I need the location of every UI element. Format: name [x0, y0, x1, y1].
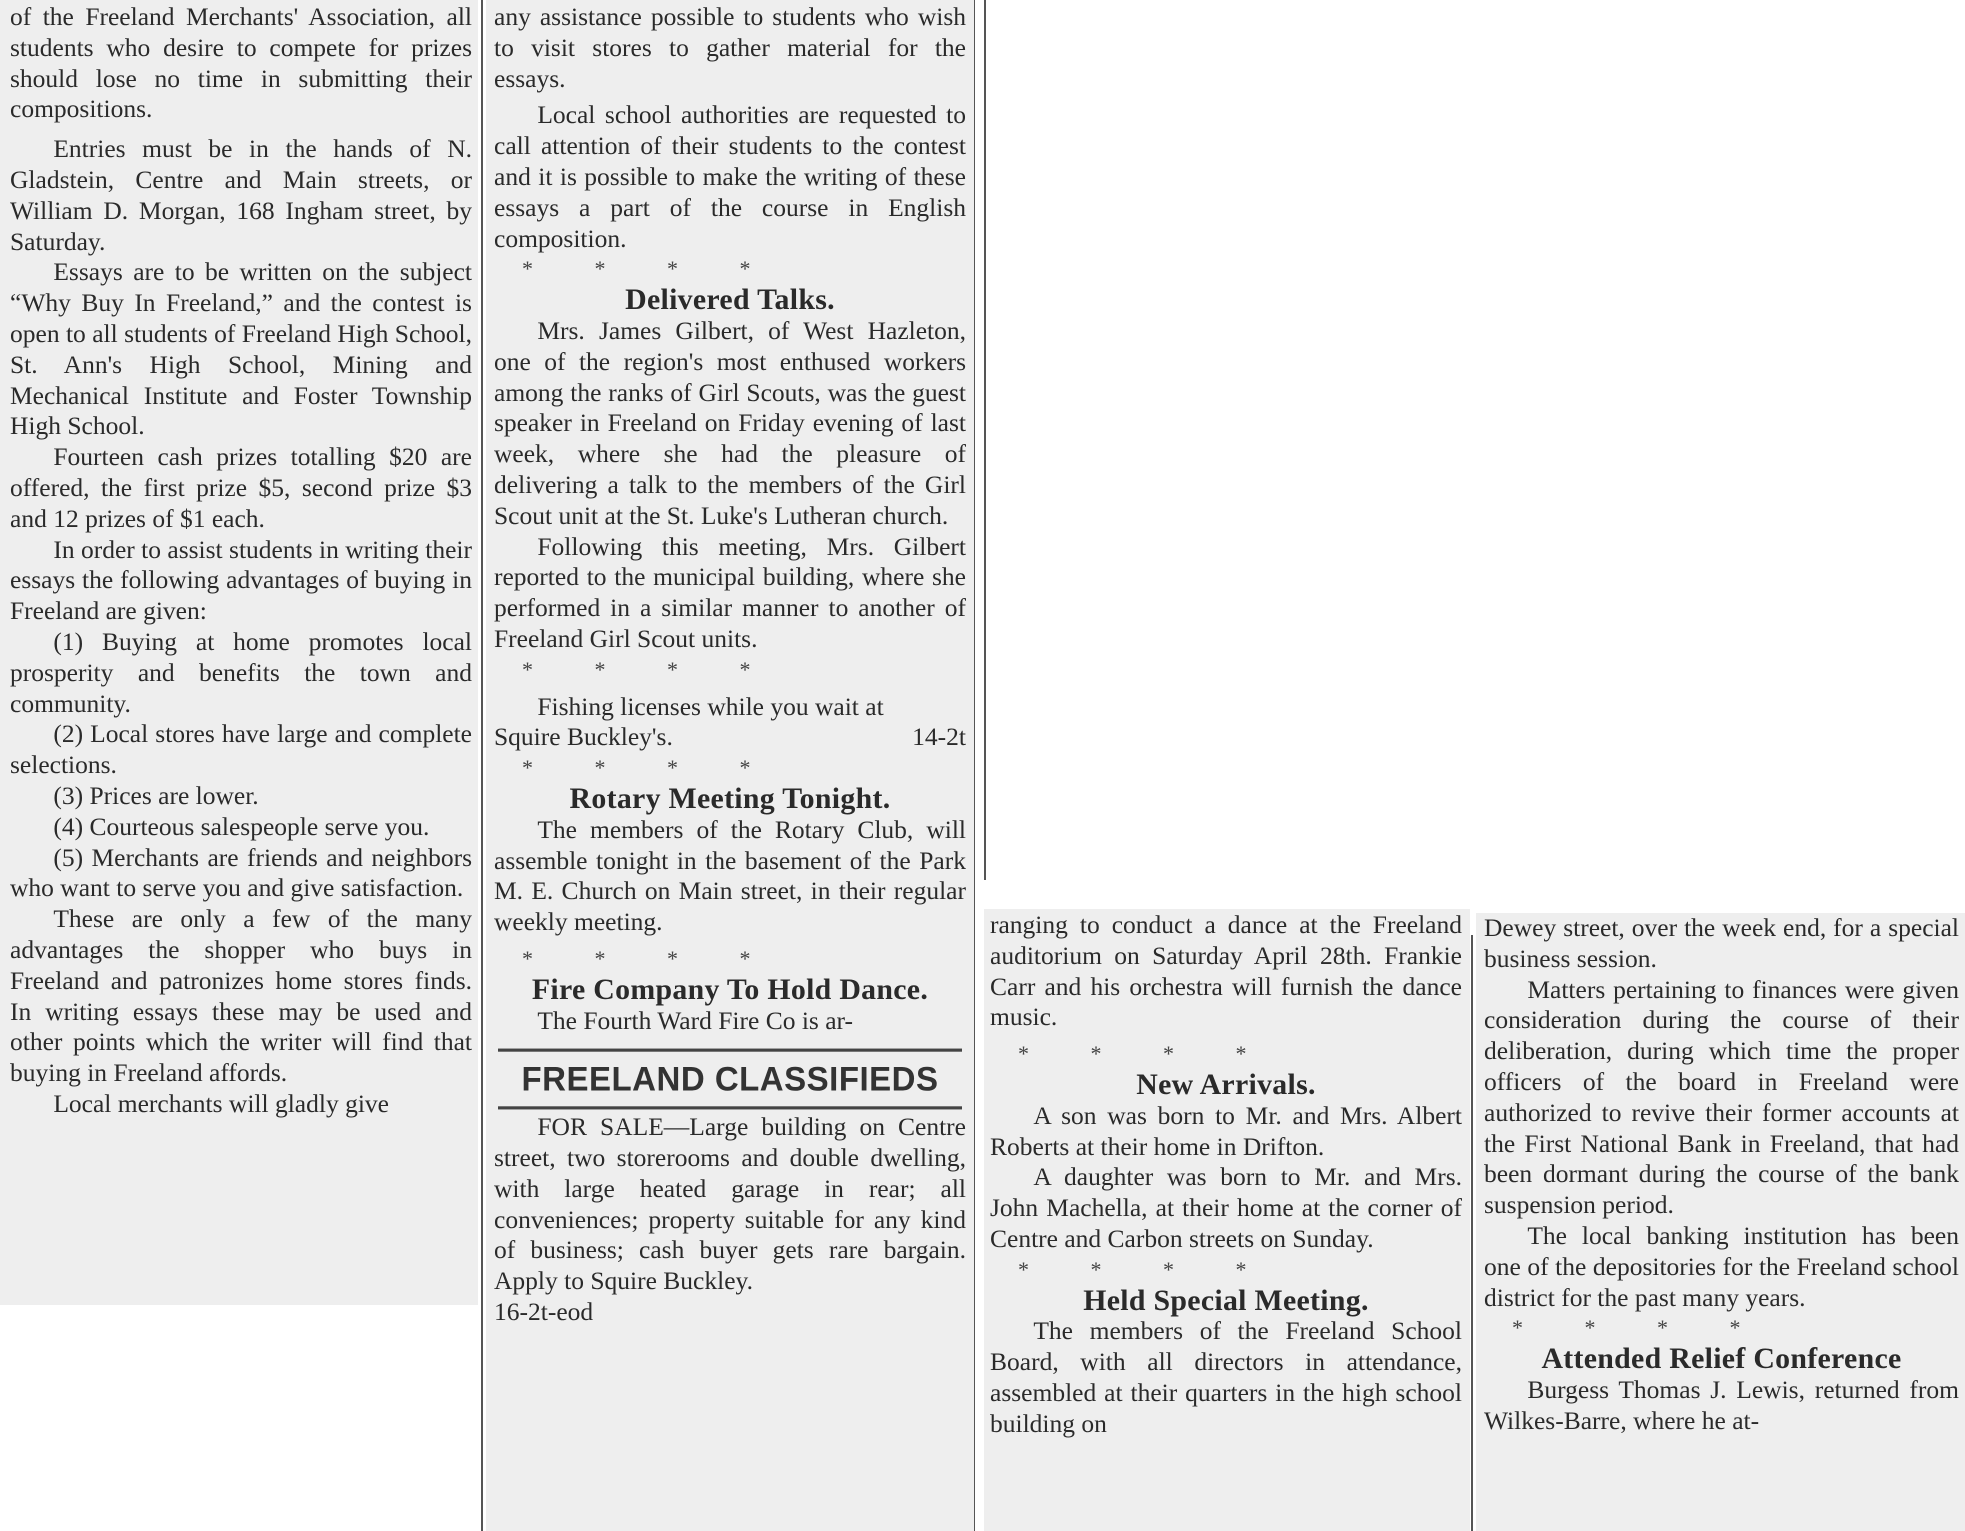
column-rule-3: [1471, 935, 1473, 1531]
headline-new-arrivals: New Arrivals.: [990, 1070, 1462, 1101]
paragraph: Mrs. James Gilbert, of West Hazleton, on…: [494, 316, 966, 532]
advantage-item: (2) Local stores have large and complete…: [10, 719, 472, 781]
headline-delivered-talks: Delivered Talks.: [494, 285, 966, 316]
paragraph: Matters pertaining to finances were give…: [1484, 975, 1959, 1221]
classifieds-header: FREELAND CLASSIFIEDS: [498, 1049, 962, 1110]
advantage-item: (1) Buying at home promotes local prospe…: [10, 627, 472, 719]
paragraph: Following this meeting, Mrs. Gilbert rep…: [494, 532, 966, 655]
fishing-notice: Fishing licenses while you wait at: [494, 692, 966, 723]
section-separator: * * * *: [494, 655, 966, 686]
column-2-news: any assistance possible to students who …: [486, 0, 974, 1531]
paragraph: The local banking institution has been o…: [1484, 1221, 1959, 1313]
advantage-item: (5) Merchants are friends and neighbors …: [10, 843, 472, 905]
paragraph: Essays are to be written on the subject …: [10, 257, 472, 442]
section-separator: * * * *: [990, 1039, 1462, 1070]
paragraph: The members of the Rotary Club, will ass…: [494, 815, 966, 938]
classified-ad: FOR SALE—Large building on Centre street…: [494, 1112, 966, 1328]
paragraph: Dewey street, over the week end, for a s…: [1484, 913, 1959, 975]
section-separator: * * * *: [1484, 1313, 1959, 1344]
headline-fire-company-dance: Fire Company To Hold Dance.: [494, 975, 966, 1006]
headline-relief-conference: Attended Relief Conference: [1484, 1344, 1959, 1375]
column-rule-1: [481, 0, 483, 1531]
paragraph: of the Freeland Merchants' Association, …: [10, 2, 472, 125]
fishing-notice-text: Squire Buckley's.: [494, 722, 673, 753]
paragraph: The members of the Freeland School Board…: [990, 1316, 1462, 1439]
paragraph: A son was born to Mr. and Mrs. Albert Ro…: [990, 1101, 1462, 1163]
classified-ad-text: FOR SALE—Large building on Centre street…: [494, 1112, 966, 1297]
section-separator: * * * *: [990, 1255, 1462, 1286]
paragraph: These are only a few of the many advanta…: [10, 904, 472, 1089]
headline-rotary-meeting: Rotary Meeting Tonight.: [494, 784, 966, 815]
paragraph: any assistance possible to students who …: [494, 2, 966, 94]
paragraph: Local merchants will gladly give: [10, 1089, 472, 1120]
paragraph: Fourteen cash prizes totalling $20 are o…: [10, 442, 472, 534]
paragraph: In order to assist students in writing t…: [10, 535, 472, 627]
section-separator: * * * *: [494, 254, 966, 285]
advantage-item: (4) Courteous salespeople serve you.: [10, 812, 472, 843]
advantage-item: (3) Prices are lower.: [10, 781, 472, 812]
paragraph: The Fourth Ward Fire Co is ar-: [494, 1006, 966, 1037]
paragraph: ranging to conduct a dance at the Freela…: [990, 910, 1462, 1033]
ad-code: 14-2t: [912, 722, 966, 753]
column-4-news: Dewey street, over the week end, for a s…: [1476, 913, 1965, 1531]
paragraph: A daughter was born to Mr. and Mrs. John…: [990, 1162, 1462, 1254]
column-3-news: ranging to conduct a dance at the Freela…: [984, 909, 1470, 1531]
section-separator: * * * *: [494, 944, 966, 975]
paragraph: Burgess Thomas J. Lewis, returned from W…: [1484, 1375, 1959, 1437]
ad-code: 16-2t-eod: [494, 1297, 966, 1328]
fishing-notice-line: Squire Buckley's. 14-2t: [494, 722, 966, 753]
section-separator: * * * *: [494, 753, 966, 784]
column-1-essay-contest: of the Freeland Merchants' Association, …: [0, 0, 478, 1305]
headline-special-meeting: Held Special Meeting.: [990, 1286, 1462, 1317]
column-rule-2b: [984, 0, 986, 880]
paragraph: Entries must be in the hands of N. Glads…: [10, 134, 472, 257]
paragraph: Local school authorities are requested t…: [494, 100, 966, 254]
